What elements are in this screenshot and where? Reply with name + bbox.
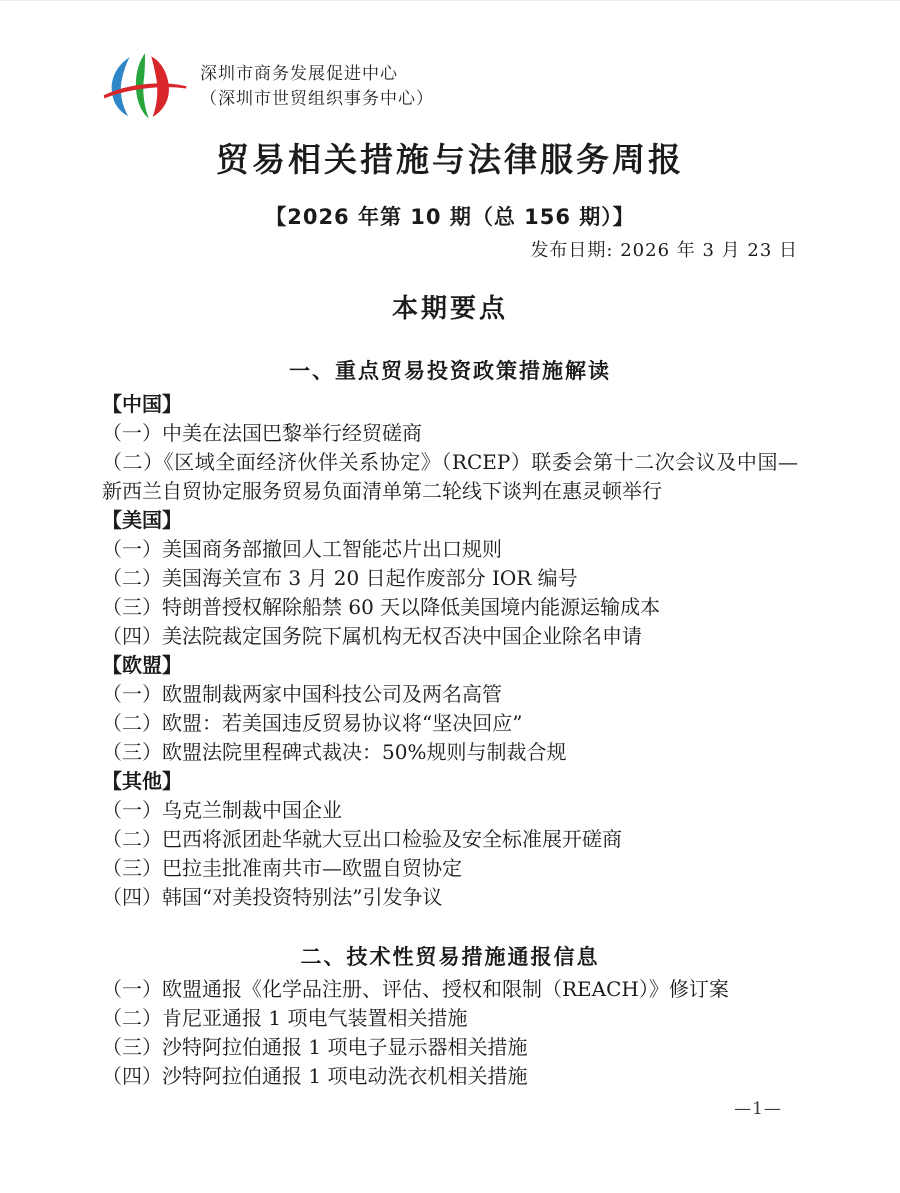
section-heading: 一、重点贸易投资政策措施解读 (102, 358, 798, 385)
org-name-line1: 深圳市商务发展促进中心 (200, 62, 434, 87)
letterhead: 深圳市商务发展促进中心 （深圳市世贸组织事务中心） (102, 49, 798, 125)
list-item: （二）巴西将派团赴华就大豆出口检验及安全标准展开磋商 (102, 825, 798, 854)
region-label: 【中国】 (102, 390, 798, 419)
list-item: （一）乌克兰制裁中国企业 (102, 796, 798, 825)
list-item: （四）韩国“对美投资特别法”引发争议 (102, 883, 798, 912)
org-logo-icon (102, 51, 188, 123)
page-number: —1— (734, 1099, 782, 1119)
org-name-line2: （深圳市世贸组织事务中心） (200, 87, 434, 112)
list-item: （三）特朗普授权解除船禁 60 天以降低美国境内能源运输成本 (102, 593, 798, 622)
list-item: （一）美国商务部撤回人工智能芯片出口规则 (102, 535, 798, 564)
list-item: （三）沙特阿拉伯通报 1 项电子显示器相关措施 (102, 1033, 798, 1062)
report-section: 二、技术性贸易措施通报信息（一）欧盟通报《化学品注册、评估、授权和限制（REAC… (102, 944, 798, 1091)
list-item: （一）欧盟制裁两家中国科技公司及两名高管 (102, 680, 798, 709)
report-section: 一、重点贸易投资政策措施解读【中国】（一）中美在法国巴黎举行经贸磋商（二）《区域… (102, 358, 798, 911)
list-item: （一）欧盟通报《化学品注册、评估、授权和限制（REACH）》修订案 (102, 975, 798, 1004)
list-item: （三）欧盟法院里程碑式裁决：50%规则与制裁合规 (102, 738, 798, 767)
section-heading: 二、技术性贸易措施通报信息 (102, 944, 798, 971)
list-item: （四）美法院裁定国务院下属机构无权否决中国企业除名申请 (102, 622, 798, 651)
org-names: 深圳市商务发展促进中心 （深圳市世贸组织事务中心） (200, 62, 434, 112)
list-item: （二）肯尼亚通报 1 项电气装置相关措施 (102, 1004, 798, 1033)
publish-date: 发布日期: 2026 年 3 月 23 日 (102, 239, 798, 262)
list-item: （二）欧盟：若美国违反贸易协议将“坚决回应” (102, 709, 798, 738)
list-item: （二）美国海关宣布 3 月 20 日起作废部分 IOR 编号 (102, 564, 798, 593)
list-item: （三）巴拉圭批准南共市—欧盟自贸协定 (102, 854, 798, 883)
region-label: 【欧盟】 (102, 651, 798, 680)
highlights-title: 本期要点 (102, 293, 798, 327)
list-item: （四）沙特阿拉伯通报 1 项电动洗衣机相关措施 (102, 1062, 798, 1091)
sections-container: 一、重点贸易投资政策措施解读【中国】（一）中美在法国巴黎举行经贸磋商（二）《区域… (102, 358, 798, 1091)
region-label: 【其他】 (102, 767, 798, 796)
document-title: 贸易相关措施与法律服务周报 (102, 139, 798, 182)
list-item: （二）《区域全面经济伙伴关系协定》（RCEP）联委会第十二次会议及中国—新西兰自… (102, 448, 798, 506)
region-label: 【美国】 (102, 506, 798, 535)
report-page: 深圳市商务发展促进中心 （深圳市世贸组织事务中心） 贸易相关措施与法律服务周报 … (0, 0, 900, 1193)
list-item: （一）中美在法国巴黎举行经贸磋商 (102, 419, 798, 448)
issue-line: 【2026 年第 10 期（总 156 期）】 (102, 204, 798, 231)
